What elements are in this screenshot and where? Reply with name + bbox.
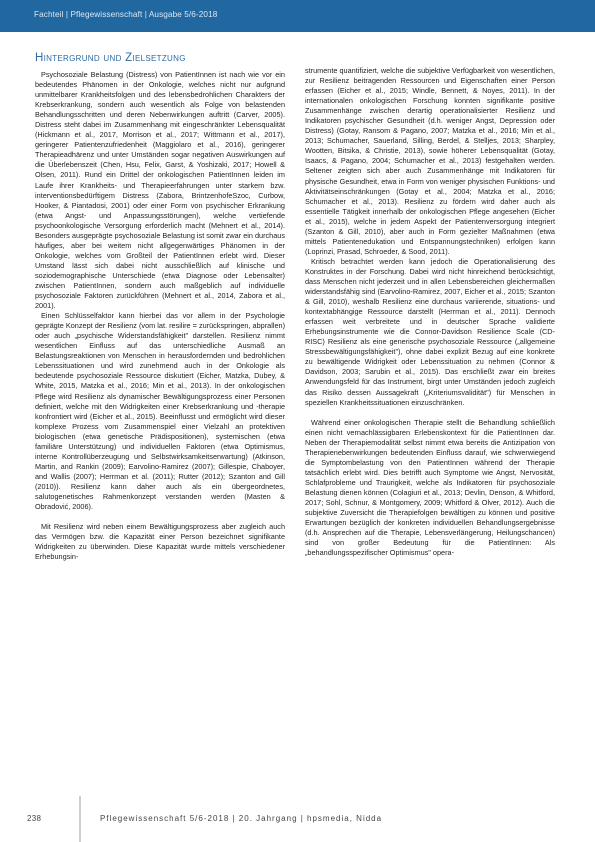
footer-divider xyxy=(79,796,81,842)
left-column: Psychosoziale Belastung (Distress) von P… xyxy=(35,70,285,562)
right-column: strumente quantifiziert, welche die subj… xyxy=(305,66,555,558)
paragraph: Während einer onkologischen Therapie ste… xyxy=(305,418,555,559)
paragraph: Einen Schlüsselfaktor kann hierbei das v… xyxy=(35,311,285,512)
section-heading: Hintergrund und Zielsetzung xyxy=(35,52,186,64)
page-number: 238 xyxy=(27,814,41,823)
paragraph: Psychosoziale Belastung (Distress) von P… xyxy=(35,70,285,311)
paragraph: strumente quantifiziert, welche die subj… xyxy=(305,66,555,257)
running-header: Fachteil | Pflegewissenschaft | Ausgabe … xyxy=(34,10,217,19)
paragraph: Mit Resilienz wird neben einem Bewältigu… xyxy=(35,522,285,562)
footer-citation: Pflegewissenschaft 5/6-2018 | 20. Jahrga… xyxy=(100,814,382,823)
header-bar: Fachteil | Pflegewissenschaft | Ausgabe … xyxy=(0,0,595,32)
paragraph: Kritisch betrachtet werden kann jedoch d… xyxy=(305,257,555,408)
